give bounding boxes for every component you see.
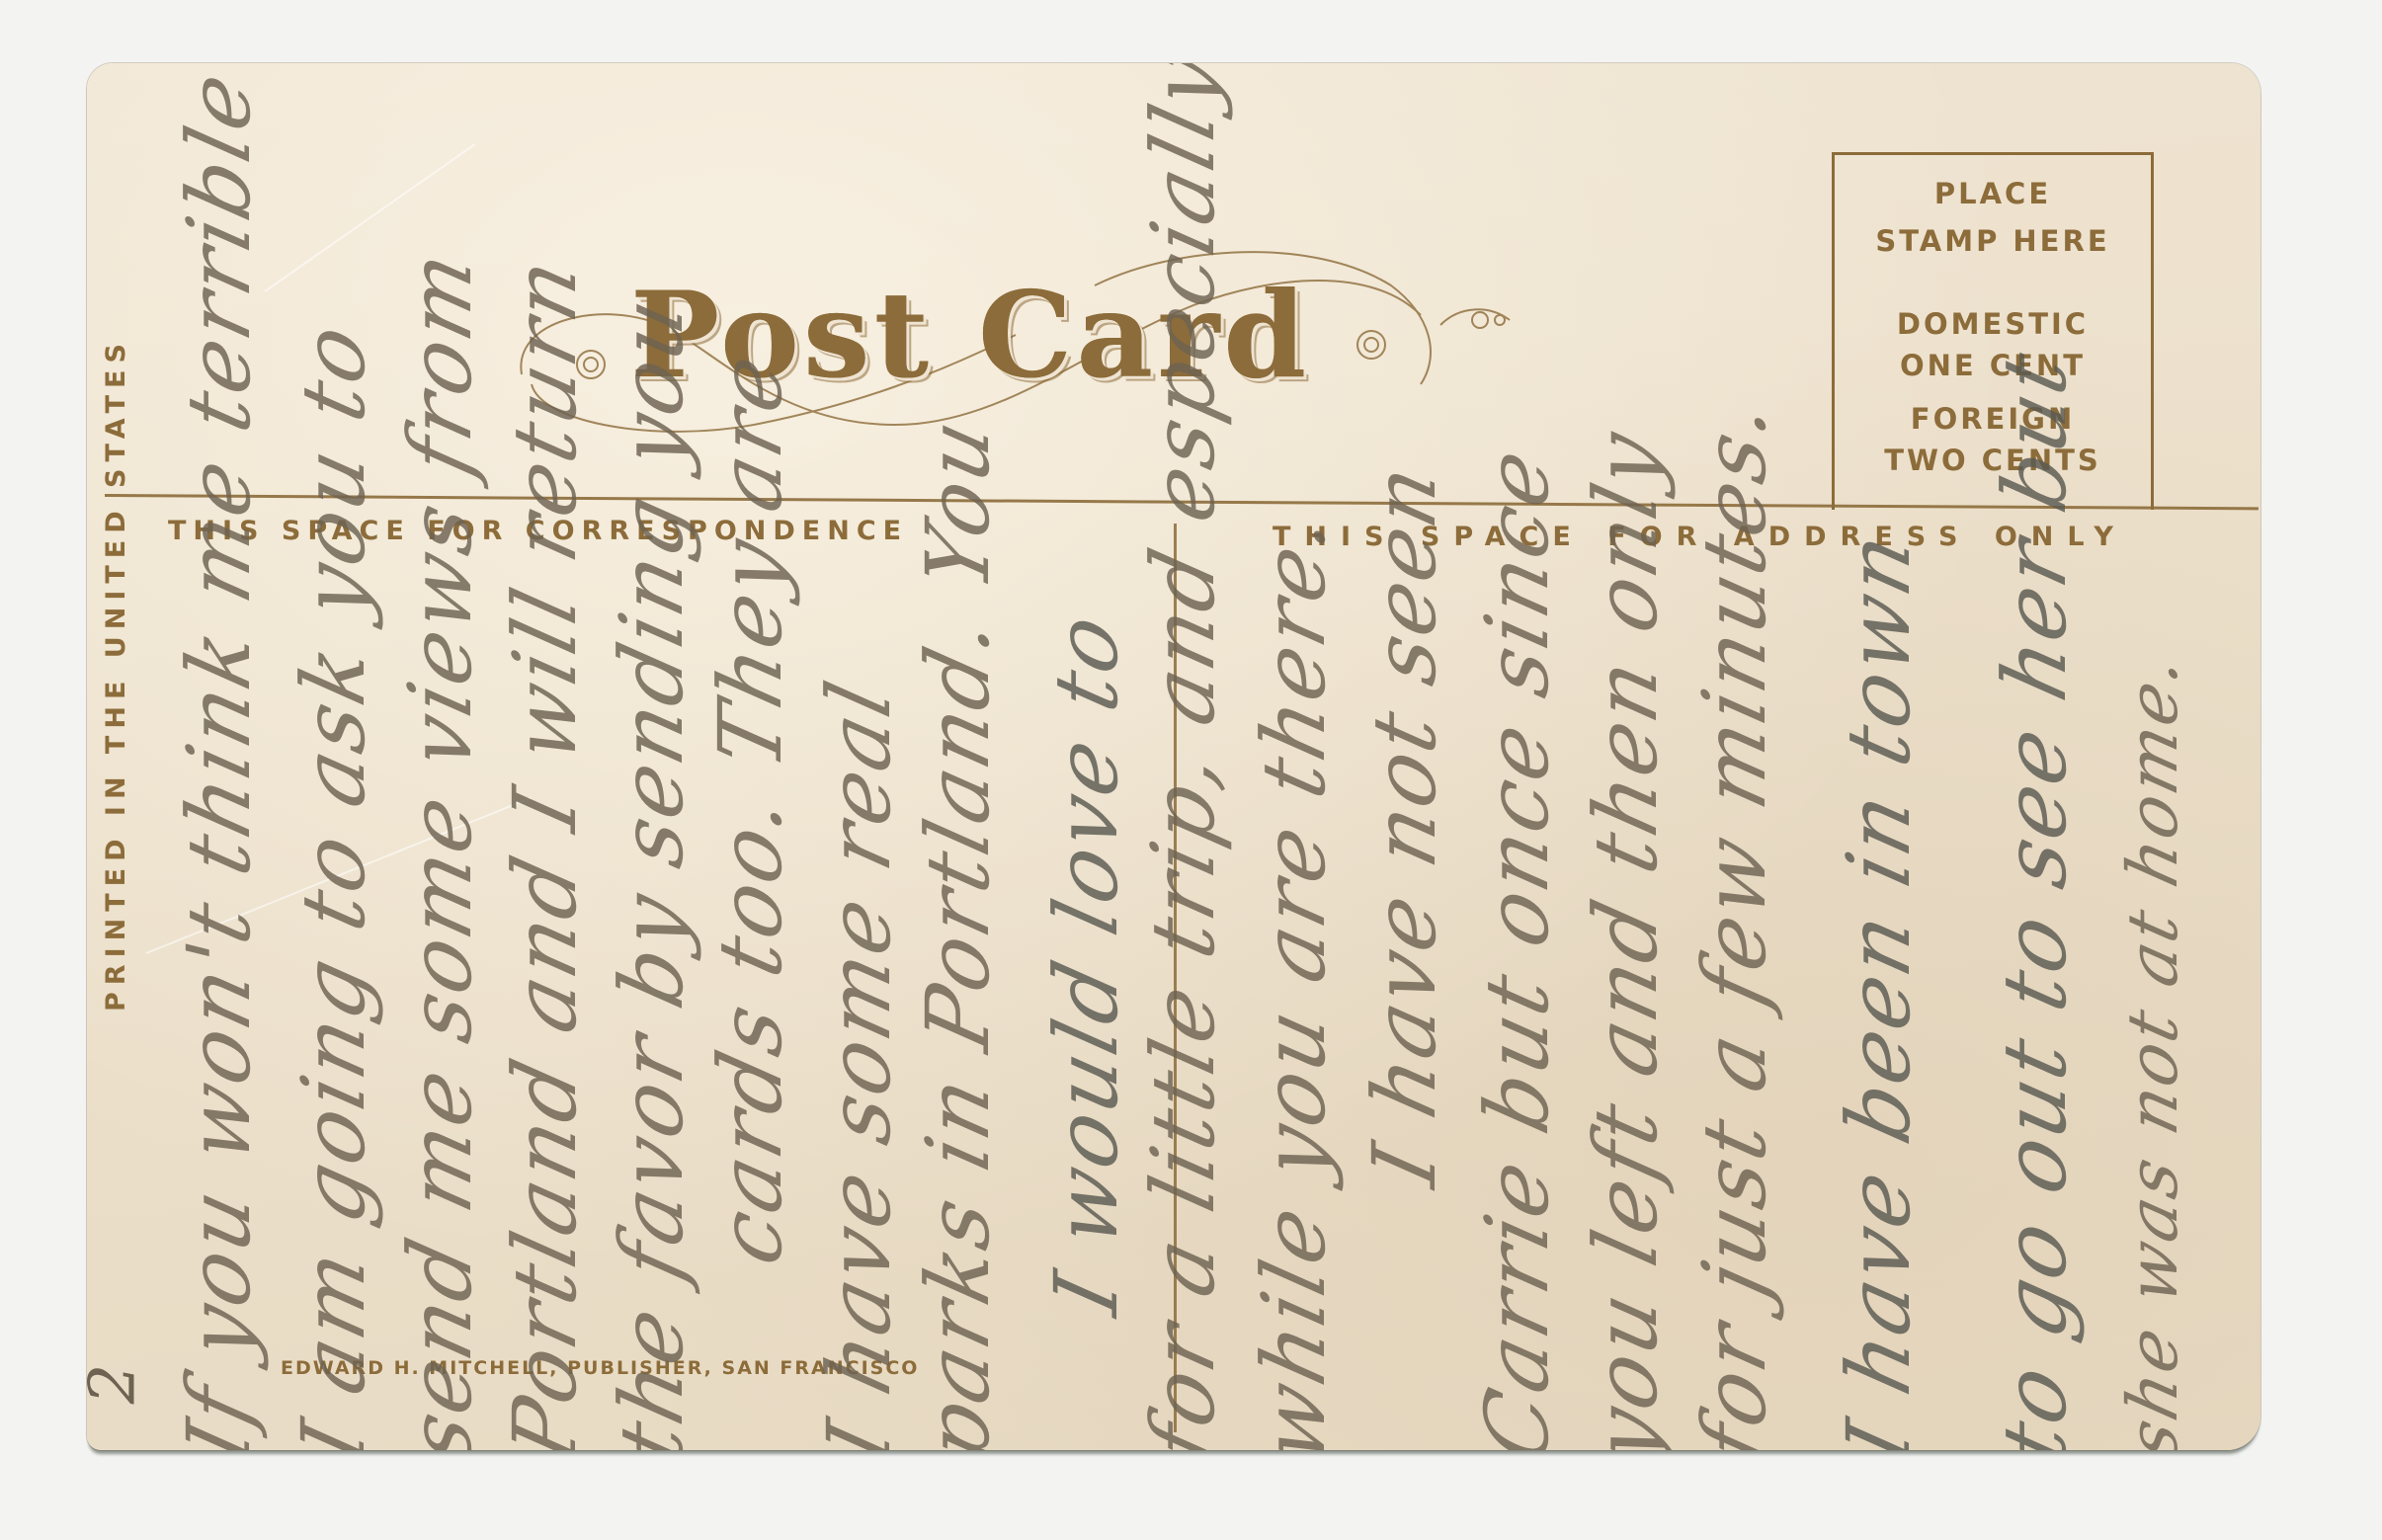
printed-in-usa-label: PRINTED IN THE UNITED STATES [101,337,131,1012]
handwritten-line: parks in Portland. You [907,407,1009,1450]
handwritten-line: Portland and I will return [494,247,596,1450]
handwritten-line: I have some real [808,670,910,1450]
handwritten-line: to go out to see her but [1984,341,2086,1450]
handwritten-line: the favor by sending you [601,285,702,1450]
handwritten-line: while you are there. [1243,502,1345,1451]
stamp-line-stamp-here: STAMP HERE [1835,224,2151,258]
handwritten-line: I have not seen [1354,452,1455,1194]
postcard: Post Card THIS SPACE FOR CORRESPONDENCE … [87,63,2260,1450]
handwritten-line: I have been in town [1828,521,1930,1450]
handwritten-line: she was not at home. [2112,644,2193,1450]
stamp-line-place: PLACE [1835,177,2151,210]
handwritten-line: I would love to [1035,603,1137,1324]
handwritten-line: If you won't think me terrible [168,63,270,1450]
handwritten-line: for a little trip, and especially [1132,63,1234,1450]
handwritten-line: for just a few minutes. [1684,388,1785,1450]
handwritten-line: cards too. They are [699,342,801,1273]
handwritten-page-number: 2 [87,1364,149,1405]
handwritten-line: you left and then only [1575,420,1677,1450]
handwritten-line: send me some views from [389,239,491,1450]
handwritten-line: Carrie but once since [1466,437,1568,1450]
handwritten-line: I am going to ask you to [283,312,384,1450]
stamp-line-domestic: DOMESTIC [1835,307,2151,341]
